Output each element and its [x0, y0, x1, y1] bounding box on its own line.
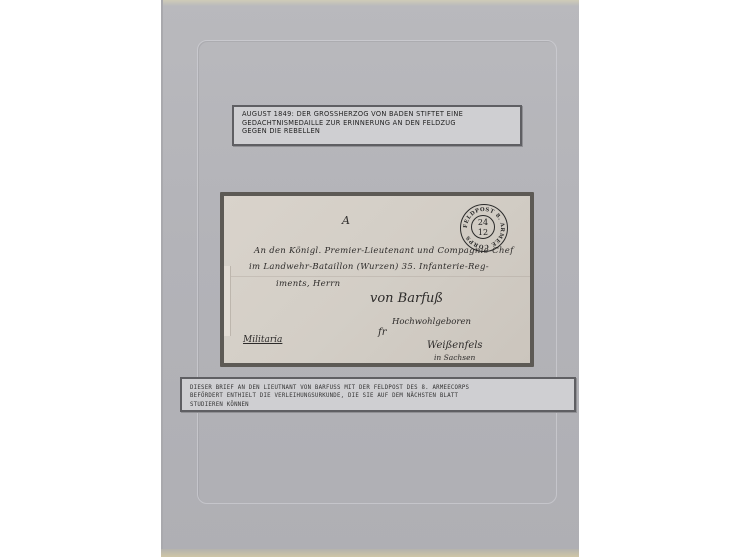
- page-top-edge: [161, 0, 579, 6]
- postmark-date: 24 12: [471, 215, 495, 239]
- postmark-stamp-icon: FELDPOST 8. ARMEE CORPS 24 12: [460, 204, 508, 252]
- caption-bottom: DIESER BRIEF AN DEN LIEUTNANT VON BARFUS…: [180, 377, 576, 412]
- envelope-mount: FELDPOST 8. ARMEE CORPS 24 12 A An den K…: [220, 192, 534, 367]
- page-bottom-edge: [161, 549, 579, 557]
- handwriting-address-line: im Landwehr-Bataillon (Wurzen) 35. Infan…: [249, 262, 489, 272]
- envelope-flap: [224, 266, 231, 336]
- handwriting-franco-mark: fr: [378, 327, 386, 338]
- album-page: AUGUST 1849: DER GROSSHERZOG VON BADEN S…: [161, 0, 579, 557]
- caption-top: AUGUST 1849: DER GROSSHERZOG VON BADEN S…: [232, 105, 522, 146]
- caption-bottom-line: STUDIEREN KÖNNEN: [190, 401, 574, 409]
- envelope-cover: FELDPOST 8. ARMEE CORPS 24 12 A An den K…: [224, 196, 530, 363]
- handwriting-recipient-name: von Barfuß: [370, 291, 443, 306]
- handwriting-mark: A: [342, 214, 350, 227]
- handwriting-address-line: iments, Herrn: [276, 279, 340, 289]
- caption-bottom-line: BEFÖRDERT ENTHIELT DIE VERLEIHUNGSURKUND…: [190, 392, 574, 400]
- envelope-fold-line: [224, 276, 530, 277]
- handwriting-honorific: Hochwohlgeboren: [392, 317, 471, 327]
- caption-top-line: AUGUST 1849: DER GROSSHERZOG VON BADEN S…: [242, 110, 520, 119]
- page-left-edge: [161, 0, 163, 557]
- caption-top-line: GEGEN DIE REBELLEN: [242, 127, 520, 136]
- handwriting-militaria: Militaria: [243, 335, 282, 345]
- postmark-day: 24: [472, 218, 494, 228]
- handwriting-city: Weißenfels: [427, 340, 483, 351]
- handwriting-region: in Sachsen: [434, 353, 475, 362]
- caption-top-line: GEDACHTNISMEDAILLE ZUR ERINNERUNG AN DEN…: [242, 119, 520, 128]
- caption-bottom-line: DIESER BRIEF AN DEN LIEUTNANT VON BARFUS…: [190, 384, 574, 392]
- handwriting-address-line: An den Königl. Premier-Lieutenant und Co…: [254, 246, 514, 256]
- postmark-month: 12: [472, 228, 494, 238]
